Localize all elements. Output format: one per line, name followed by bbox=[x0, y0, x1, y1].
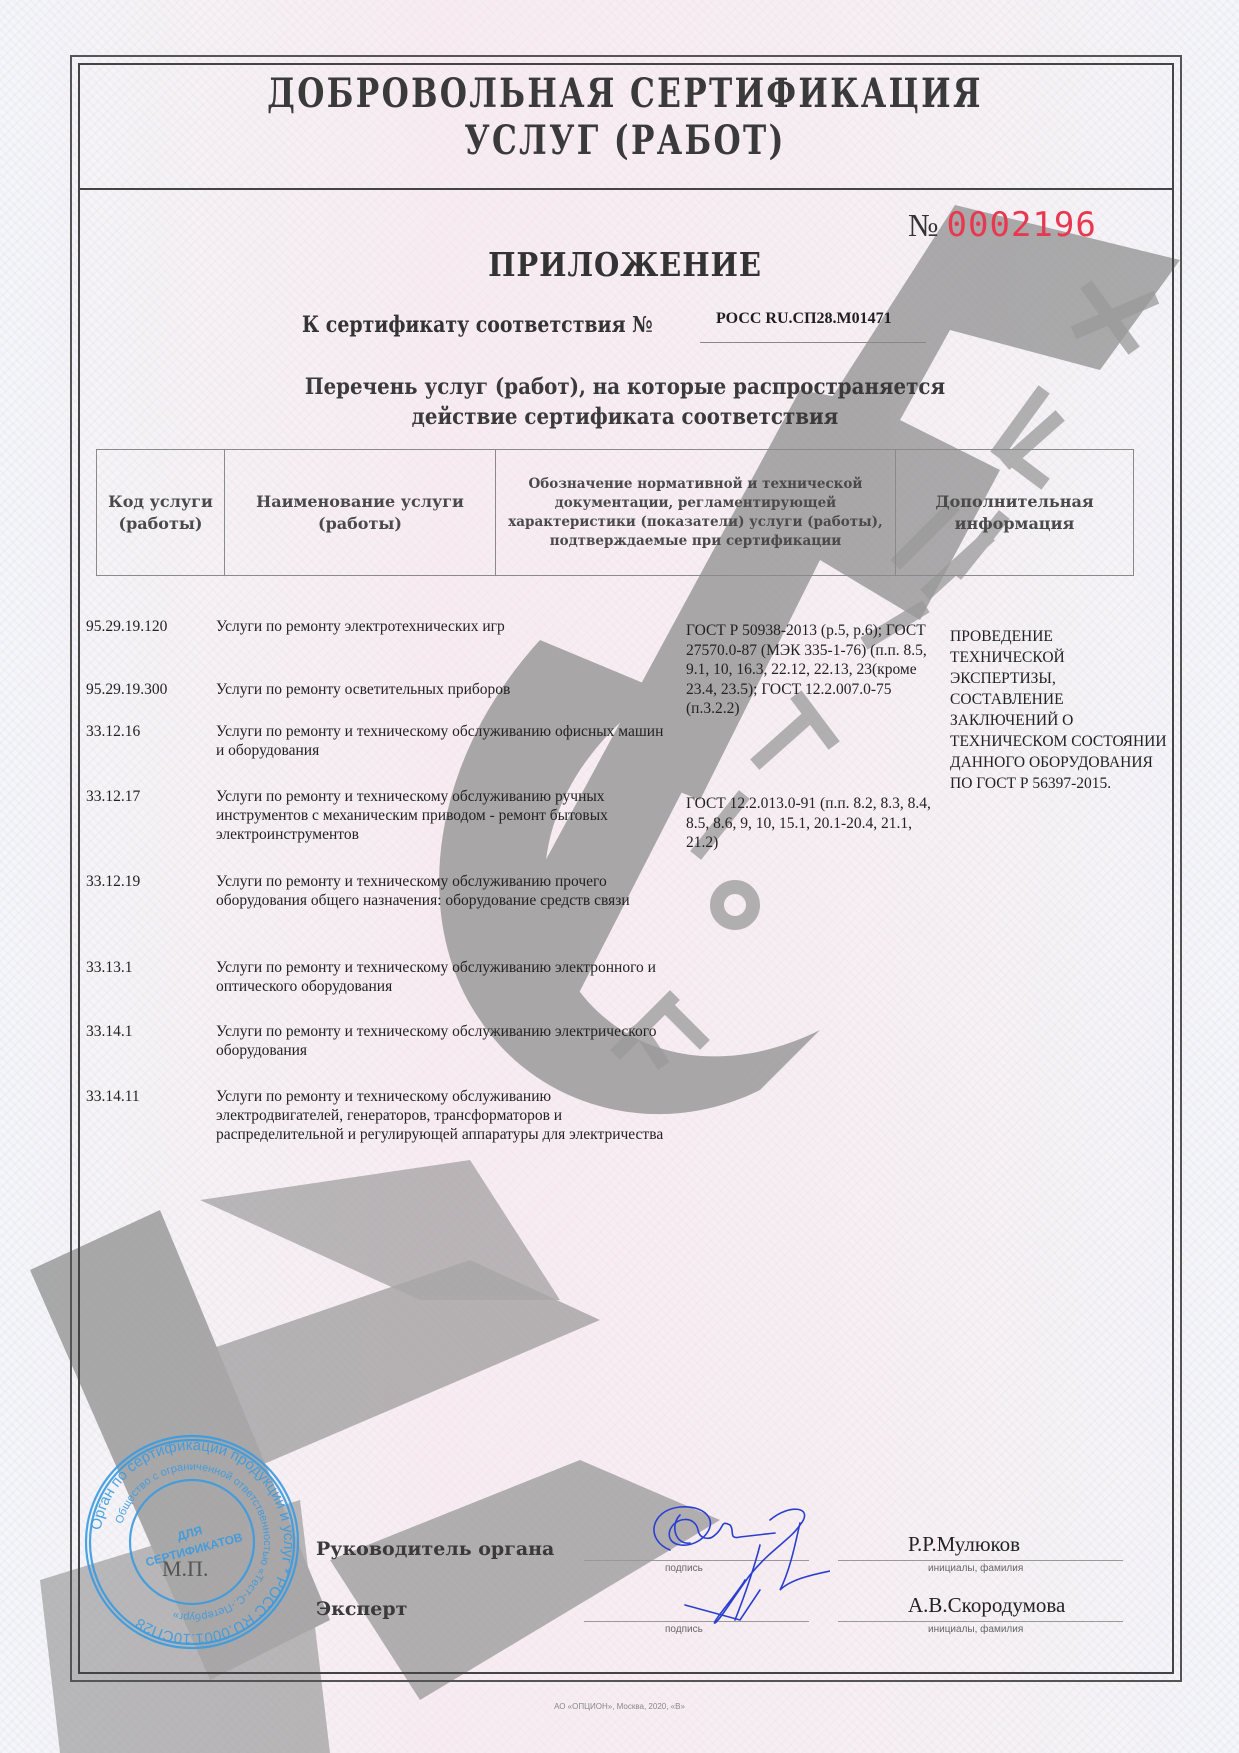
printer-imprint: АО «ОПЦИОН», Москва, 2020, «В» bbox=[0, 1702, 1239, 1711]
service-name: Услуги по ремонту и техническому обслужи… bbox=[216, 787, 666, 844]
number-symbol: № bbox=[908, 207, 939, 243]
seal-stamp: Орган по сертификации продукции и услуг … bbox=[82, 1432, 302, 1652]
service-code: 33.12.17 bbox=[86, 787, 140, 806]
service-code: 33.12.16 bbox=[86, 722, 140, 741]
additional-info: ПРОВЕДЕНИЕ ТЕХНИЧЕСКОЙ ЭКСПЕРТИЗЫ, СОСТА… bbox=[950, 626, 1170, 794]
standards-group-2: ГОСТ 12.2.013.0-91 (п.п. 8.2, 8.3, 8.4, … bbox=[686, 794, 946, 853]
service-name: Услуги по ремонту и техническому обслужи… bbox=[216, 722, 666, 760]
list-subtitle: Перечень услуг (работ), на которые распр… bbox=[135, 372, 1116, 432]
service-code: 33.14.1 bbox=[86, 1022, 133, 1041]
service-code: 95.29.19.300 bbox=[86, 680, 167, 699]
header-code: Код услуги (работы) bbox=[97, 450, 225, 575]
service-name: Услуги по ремонту и техническому обслужи… bbox=[216, 872, 666, 910]
service-code: 95.29.19.120 bbox=[86, 617, 167, 636]
certificate-reference-value: РОСС RU.СП28.М01471 bbox=[716, 310, 892, 328]
expert-name-caption: инициалы, фамилия bbox=[928, 1624, 1023, 1635]
standards-group-1: ГОСТ Р 50938-2013 (р.5, р.6); ГОСТ 27570… bbox=[686, 621, 946, 719]
service-name: Услуги по ремонту осветительных приборов bbox=[216, 680, 666, 699]
seal-place-label: М.П. bbox=[162, 1556, 208, 1582]
service-code: 33.12.19 bbox=[86, 872, 140, 891]
subtitle-line-2: действие сертификата соответствия bbox=[135, 402, 1116, 432]
service-code: 33.14.11 bbox=[86, 1087, 140, 1106]
service-name: Услуги по ремонту и техническому обслужи… bbox=[216, 958, 666, 996]
document-title: ПРИЛОЖЕНИЕ bbox=[145, 245, 1104, 284]
certificate-reference-label: К сертификату соответствия № bbox=[302, 312, 653, 338]
expert-name-line bbox=[838, 1621, 1123, 1622]
head-name: Р.Р.Мулюков bbox=[908, 1532, 1020, 1557]
form-number-value: 0002196 bbox=[947, 205, 1097, 245]
subtitle-line-1: Перечень услуг (работ), на которые распр… bbox=[135, 372, 1116, 402]
service-code: 33.13.1 bbox=[86, 958, 133, 977]
reference-underline bbox=[700, 342, 926, 343]
expert-name: А.В.Скородумова bbox=[908, 1593, 1065, 1618]
head-name-line bbox=[838, 1560, 1123, 1561]
banner-title: ДОБРОВОЛЬНАЯ СЕРТИФИКАЦИЯ УСЛУГ (РАБОТ) bbox=[200, 70, 1050, 164]
handwritten-signature bbox=[640, 1495, 830, 1635]
service-name: Услуги по ремонту и техническому обслужи… bbox=[216, 1022, 666, 1060]
service-name: Услуги по ремонту электротехнических игр bbox=[216, 617, 666, 636]
header-name: Наименование услуги (работы) bbox=[225, 450, 496, 575]
header-standards: Обозначение нормативной и технической до… bbox=[496, 450, 896, 575]
head-of-body-label: Руководитель органа bbox=[316, 1538, 554, 1560]
header-divider bbox=[78, 188, 1172, 190]
service-name: Услуги по ремонту и техническому обслужи… bbox=[216, 1087, 666, 1144]
head-name-caption: инициалы, фамилия bbox=[928, 1563, 1023, 1574]
header-additional-info: Дополнительная информация bbox=[896, 450, 1133, 575]
table-header: Код услуги (работы) Наименование услуги … bbox=[96, 449, 1134, 576]
expert-label: Эксперт bbox=[316, 1598, 407, 1620]
form-number: №0002196 bbox=[908, 205, 1097, 245]
